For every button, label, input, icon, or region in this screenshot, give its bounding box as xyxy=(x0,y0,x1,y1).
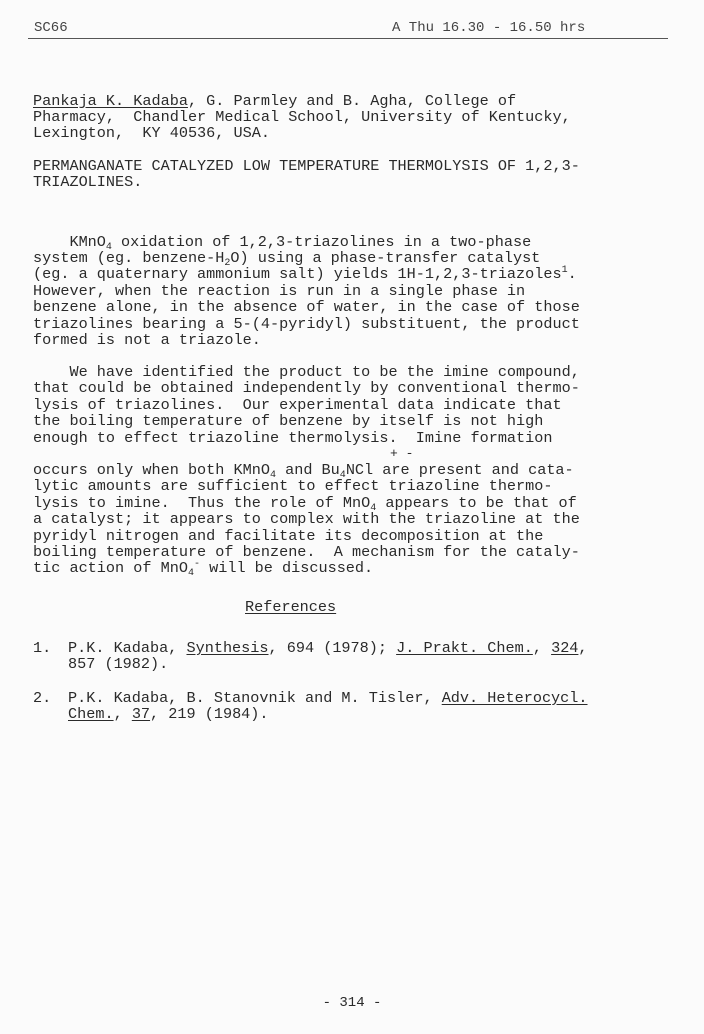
abstract-code: SC66 xyxy=(34,20,68,36)
page-number: - 314 - xyxy=(0,995,704,1011)
author-line-3: Lexington, KY 40536, USA. xyxy=(33,125,270,141)
author-line-2: Pharmacy, Chandler Medical School, Unive… xyxy=(33,109,571,125)
header-rule xyxy=(28,38,668,39)
author-line-1: Pankaja K. Kadaba, G. Parmley and B. Agh… xyxy=(33,93,516,109)
reference-number: 1. xyxy=(33,640,51,656)
volume: 37 xyxy=(132,705,150,723)
references-heading: References xyxy=(245,599,336,615)
journal-name: Chem. xyxy=(68,705,114,723)
journal-name: Synthesis xyxy=(186,639,268,657)
journal-name: J. Prakt. Chem. xyxy=(396,639,533,657)
journal-name: Adv. Heterocycl. xyxy=(442,689,588,707)
ion-charges: + - xyxy=(390,446,413,462)
volume: 324 xyxy=(551,639,578,657)
reference-number: 2. xyxy=(33,690,51,706)
session-time: A Thu 16.30 - 16.50 hrs xyxy=(392,20,585,36)
